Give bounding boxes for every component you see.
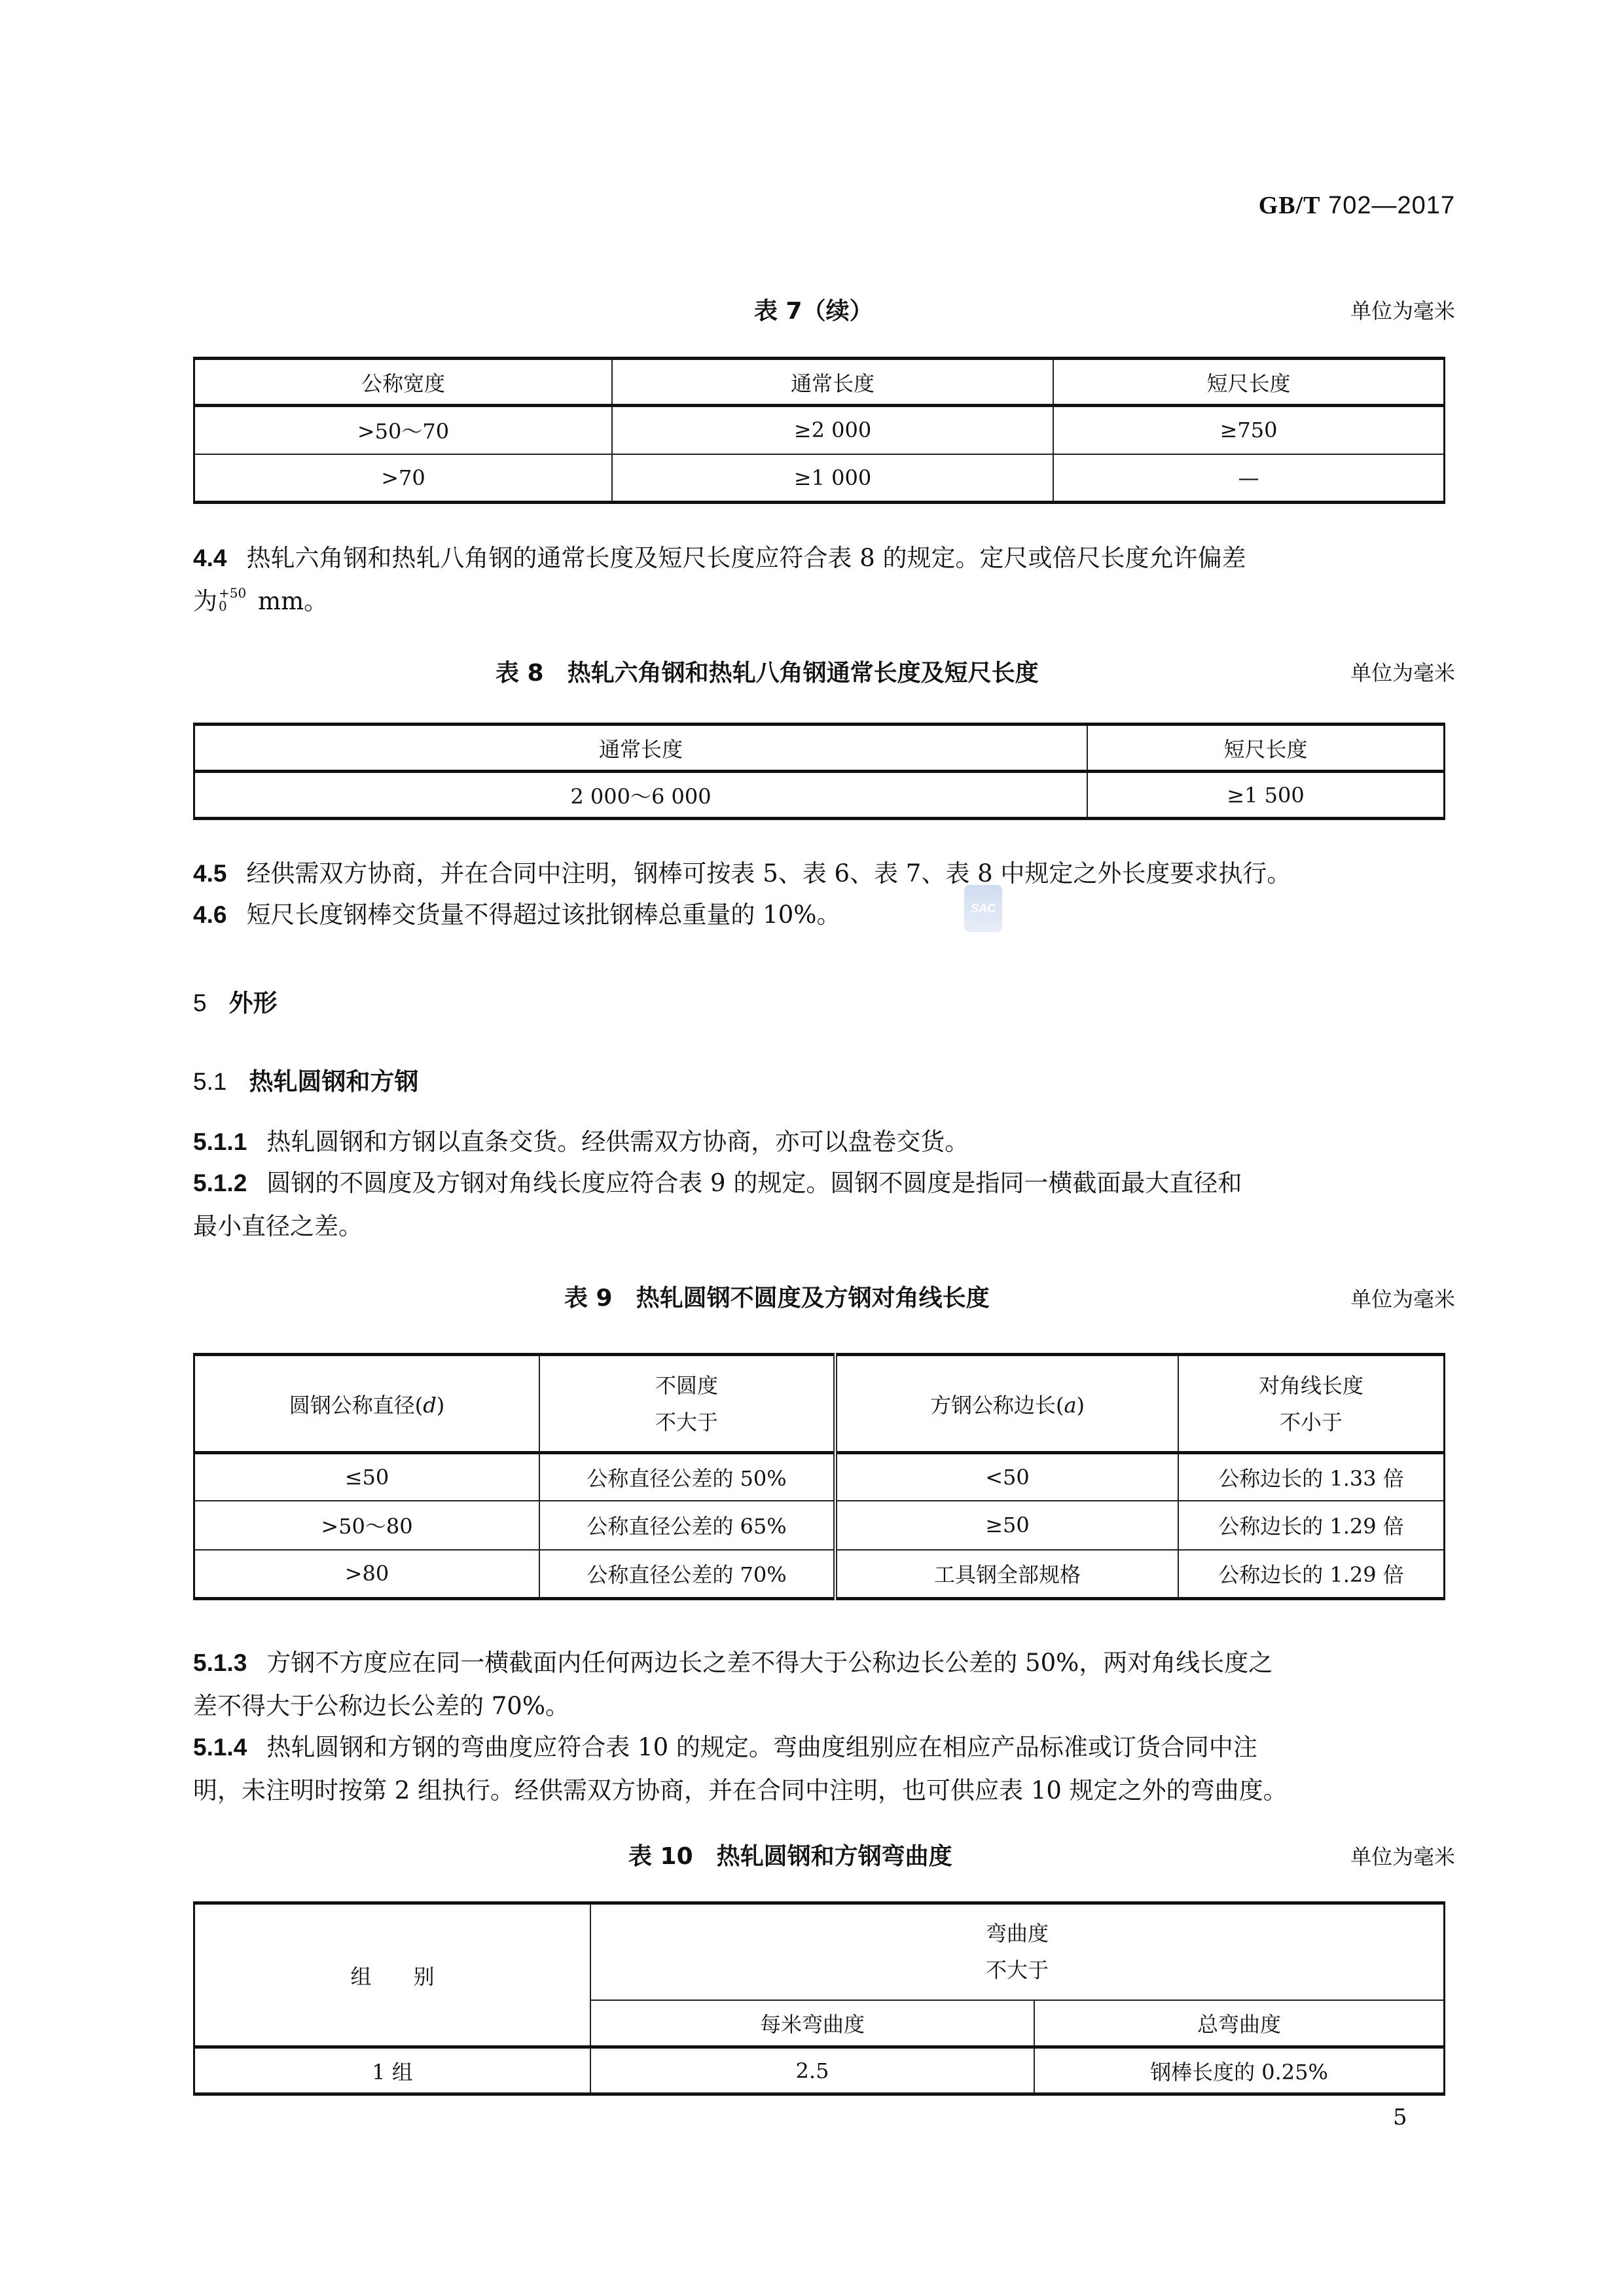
page-number: 5 — [1393, 2104, 1407, 2130]
table8-unit: 单位为毫米 — [1350, 656, 1455, 687]
paragraph-4-4: 4.4热轧六角钢和热轧八角钢的通常长度及短尺长度应符合表 8 的规定。定尺或倍尺… — [193, 537, 1450, 623]
table8: 通常长度 短尺长度 2 000～6 000 ≥1 500 — [193, 723, 1445, 820]
paragraph-4-6: 4.6短尺长度钢棒交货量不得超过该批钢棒总重量的 10%。 — [193, 893, 1450, 937]
header-text: 方钢公称边长( — [930, 1393, 1064, 1418]
column-header: 不圆度不大于 — [539, 1355, 835, 1453]
column-header: 总弯曲度 — [1034, 2000, 1445, 2047]
table10-caption: 表 10 热轧圆钢和方钢弯曲度 — [628, 1838, 952, 1871]
table-cell: 钢棒长度的 0.25% — [1034, 2047, 1445, 2094]
clause-number: 5.1.4 — [193, 1734, 247, 1761]
table-header-row: 公称宽度 通常长度 短尺长度 — [194, 359, 1445, 406]
clause-number: 4.6 — [193, 901, 226, 928]
table-cell: ≥2 000 — [612, 406, 1053, 454]
table-cell: 公称边长的 1.29 倍 — [1178, 1550, 1445, 1599]
paragraph-5-1-3: 5.1.3方钢不方度应在同一横截面内任何两边长之差不得大于公称边长公差的 50%… — [193, 1641, 1450, 1728]
table-row: >50～80 公称直径公差的 65% ≥50 公称边长的 1.29 倍 — [194, 1501, 1445, 1550]
column-header: 公称宽度 — [194, 359, 613, 406]
table-cell: 1 组 — [194, 2047, 591, 2094]
standard-code-number: 702—2017 — [1321, 192, 1456, 219]
paragraph-text: 热轧六角钢和热轧八角钢的通常长度及短尺长度应符合表 8 的规定。定尺或倍尺长度允… — [246, 544, 1246, 572]
standard-code: GB/T 702—2017 — [1259, 191, 1455, 220]
header-line: 弯曲度 — [591, 1915, 1443, 1952]
table-header-row: 通常长度 短尺长度 — [194, 725, 1445, 772]
column-header: 通常长度 — [612, 359, 1053, 406]
table-cell: ≥750 — [1053, 406, 1445, 454]
clause-number: 4.4 — [193, 545, 226, 571]
paragraph-text: 最小直径之差。 — [193, 1205, 1450, 1248]
column-header: 圆钢公称直径(d) — [194, 1355, 540, 1453]
column-header: 通常长度 — [194, 725, 1088, 772]
paragraph-text: 差不得大于公称边长公差的 70%。 — [193, 1685, 1450, 1728]
header-line: 不小于 — [1179, 1404, 1443, 1441]
table10-unit: 单位为毫米 — [1350, 1840, 1455, 1871]
paragraph-4-5: 4.5经供需双方协商，并在合同中注明，钢棒可按表 5、表 6、表 7、表 8 中… — [193, 852, 1450, 895]
header-variable: d — [423, 1393, 436, 1418]
header-line: 不圆度 — [540, 1367, 833, 1404]
table-cell: >50～70 — [194, 406, 613, 454]
tolerance-lower: 0 — [219, 600, 246, 613]
clause-number: 5.1.3 — [193, 1649, 247, 1676]
paragraph-5-1-2: 5.1.2圆钢的不圆度及方钢对角线长度应符合表 9 的规定。圆钢不圆度是指同一横… — [193, 1162, 1450, 1248]
table-row: >50～70 ≥2 000 ≥750 — [194, 406, 1445, 454]
table-cell: >80 — [194, 1550, 540, 1599]
header-line: 不大于 — [591, 1952, 1443, 1988]
paragraph-text: mm。 — [250, 587, 328, 615]
table-cell: 公称边长的 1.29 倍 — [1178, 1501, 1445, 1550]
paragraph-text: 热轧圆钢和方钢以直条交货。经供需双方协商，亦可以盘卷交货。 — [266, 1128, 969, 1156]
table-row: ≤50 公称直径公差的 50% <50 公称边长的 1.33 倍 — [194, 1453, 1445, 1501]
section-number: 5.1 — [193, 1068, 226, 1095]
table-cell: >50～80 — [194, 1501, 540, 1550]
table-cell: 2 000～6 000 — [194, 772, 1088, 819]
table-row: 1 组 2.5 钢棒长度的 0.25% — [194, 2047, 1445, 2094]
table-cell: ≥1 000 — [612, 454, 1053, 503]
clause-number: 5.1.2 — [193, 1170, 247, 1196]
paragraph-text: 为 — [193, 587, 217, 615]
column-header: 对角线长度不小于 — [1178, 1355, 1445, 1453]
table-cell: ≥50 — [835, 1501, 1178, 1550]
table7-unit: 单位为毫米 — [1350, 295, 1455, 325]
clause-number: 4.5 — [193, 860, 226, 887]
paragraph-text: 明，未注明时按第 2 组执行。经供需双方协商，并在合同中注明，也可供应表 10 … — [193, 1769, 1450, 1812]
tolerance-upper: +50 — [219, 586, 246, 600]
table-header-row: 圆钢公称直径(d) 不圆度不大于 方钢公称边长(a) 对角线长度不小于 — [194, 1355, 1445, 1453]
column-header: 短尺长度 — [1087, 725, 1445, 772]
table-cell: 公称直径公差的 65% — [539, 1501, 835, 1550]
table-cell: 公称直径公差的 70% — [539, 1550, 835, 1599]
bend-header: 弯曲度不大于 — [590, 1903, 1445, 2000]
section-number: 5 — [193, 990, 207, 1016]
section-title: 热轧圆钢和方钢 — [249, 1067, 418, 1096]
column-header: 每米弯曲度 — [590, 2000, 1034, 2047]
paragraph-text: 方钢不方度应在同一横截面内任何两边长之差不得大于公称边长公差的 50%，两对角线… — [266, 1649, 1272, 1677]
paragraph-5-1-4: 5.1.4热轧圆钢和方钢的弯曲度应符合表 10 的规定。弯曲度组别应在相应产品标… — [193, 1726, 1450, 1812]
tolerance: +500 — [219, 586, 246, 613]
table-cell: — — [1053, 454, 1445, 503]
paragraph-text: 经供需双方协商，并在合同中注明，钢棒可按表 5、表 6、表 7、表 8 中规定之… — [246, 859, 1291, 888]
section-5-heading: 5外形 — [193, 983, 278, 1018]
table-header-row: 组 别 弯曲度不大于 — [194, 1903, 1445, 2000]
table-cell: >70 — [194, 454, 613, 503]
table-cell: ≤50 — [194, 1453, 540, 1501]
group-header: 组 别 — [194, 1903, 591, 2047]
sac-watermark-logo: SAC — [964, 885, 1002, 932]
table-cell: 公称直径公差的 50% — [539, 1453, 835, 1501]
table9-unit: 单位为毫米 — [1350, 1283, 1455, 1313]
table-cell: 2.5 — [590, 2047, 1034, 2094]
standard-code-prefix: GB/T — [1259, 192, 1321, 219]
section-title: 外形 — [229, 989, 278, 1017]
paragraph-text: 短尺长度钢棒交货量不得超过该批钢棒总重量的 10%。 — [246, 901, 840, 929]
table-cell: ≥1 500 — [1087, 772, 1445, 819]
header-line: 不大于 — [540, 1404, 833, 1441]
table10: 组 别 弯曲度不大于 每米弯曲度 总弯曲度 1 组 2.5 钢棒长度的 0.25… — [193, 1901, 1445, 2096]
header-text: 圆钢公称直径( — [289, 1393, 424, 1418]
table8-caption: 表 8 热轧六角钢和热轧八角钢通常长度及短尺长度 — [496, 655, 1039, 688]
header-line: 对角线长度 — [1179, 1367, 1443, 1404]
table-cell: 公称边长的 1.33 倍 — [1178, 1453, 1445, 1501]
table-row: 2 000～6 000 ≥1 500 — [194, 772, 1445, 819]
table9-caption: 表 9 热轧圆钢不圆度及方钢对角线长度 — [564, 1280, 990, 1313]
header-variable: a — [1064, 1393, 1076, 1418]
paragraph-5-1-1: 5.1.1热轧圆钢和方钢以直条交货。经供需双方协商，亦可以盘卷交货。 — [193, 1121, 1450, 1164]
table7-continued: 公称宽度 通常长度 短尺长度 >50～70 ≥2 000 ≥750 >70 ≥1… — [193, 357, 1445, 504]
header-text: ) — [1077, 1393, 1085, 1418]
paragraph-text: 圆钢的不圆度及方钢对角线长度应符合表 9 的规定。圆钢不圆度是指同一横截面最大直… — [266, 1169, 1242, 1197]
paragraph-text: 热轧圆钢和方钢的弯曲度应符合表 10 的规定。弯曲度组别应在相应产品标准或订货合… — [266, 1733, 1257, 1761]
table-row: >70 ≥1 000 — — [194, 454, 1445, 503]
table-cell: 工具钢全部规格 — [835, 1550, 1178, 1599]
table-row: >80 公称直径公差的 70% 工具钢全部规格 公称边长的 1.29 倍 — [194, 1550, 1445, 1599]
table-cell: <50 — [835, 1453, 1178, 1501]
table9: 圆钢公称直径(d) 不圆度不大于 方钢公称边长(a) 对角线长度不小于 ≤50 … — [193, 1353, 1445, 1600]
section-5-1-heading: 5.1热轧圆钢和方钢 — [193, 1062, 418, 1097]
column-header: 短尺长度 — [1053, 359, 1445, 406]
table7-caption: 表 7（续） — [754, 293, 873, 326]
clause-number: 5.1.1 — [193, 1128, 247, 1155]
header-text: ) — [437, 1393, 444, 1418]
column-header: 方钢公称边长(a) — [835, 1355, 1178, 1453]
